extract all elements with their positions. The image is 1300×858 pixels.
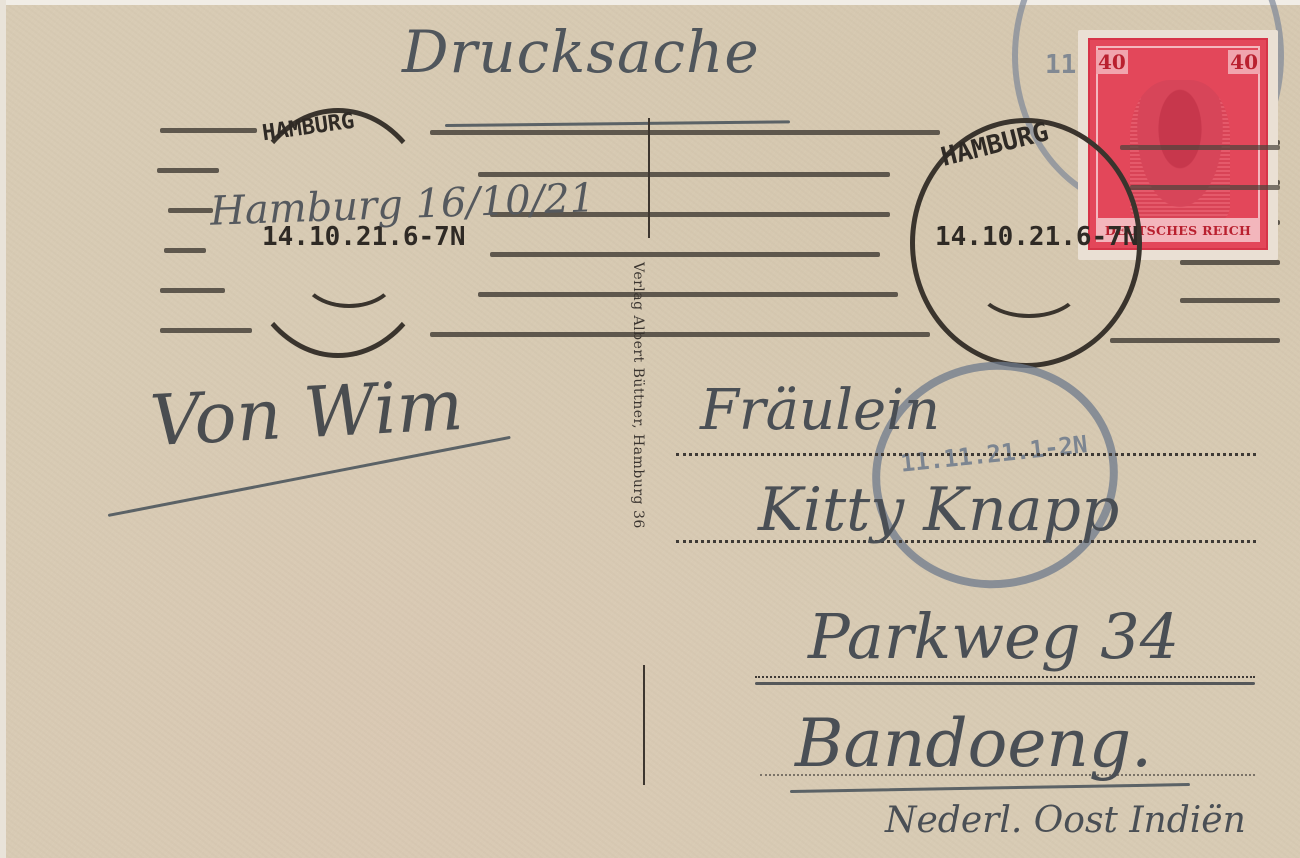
cancel-bar: [160, 328, 252, 333]
postmark-right-datetime: 14.10.21.6-7N: [935, 222, 1139, 252]
address-line-1: [676, 453, 1256, 456]
postcard: Drucksache Verlag Albert Büttner, Hambur…: [0, 0, 1300, 858]
address-line-3: [755, 676, 1255, 678]
stamp-value-right: 40: [1228, 50, 1260, 74]
header-note-drucksache: Drucksache: [402, 18, 760, 86]
address-line-3-ink: [755, 682, 1255, 685]
cancel-bar: [1180, 298, 1280, 303]
sender-signature: Von Wim: [148, 364, 465, 462]
header-note-underline: [445, 120, 790, 127]
stamp-value-left: 40: [1096, 50, 1128, 74]
cancel-bar: [157, 168, 219, 173]
recipient-salutation: Fräulein: [700, 378, 940, 443]
recipient-country: Nederl. Oost Indiën: [885, 800, 1246, 841]
cancel-bar: [1180, 260, 1280, 265]
postmark-right-inner-arc: [975, 250, 1083, 318]
cancel-bar-over-stamp: [1120, 145, 1280, 150]
cancel-bar-over-stamp: [1130, 185, 1280, 190]
cancel-bar: [160, 288, 225, 293]
recipient-street: Parkweg 34: [808, 600, 1179, 673]
cancel-bar: [1110, 338, 1280, 343]
cancel-bar: [160, 128, 257, 133]
city-underline: [790, 783, 1190, 793]
cancel-bar: [430, 332, 930, 337]
postmark-left-inner-arc: [300, 240, 398, 308]
cancel-bar: [168, 208, 213, 213]
publisher-imprint: Verlag Albert Büttner, Hamburg 36: [630, 262, 646, 529]
cancel-bar: [490, 252, 880, 257]
vertical-divider-top: [648, 118, 650, 238]
germania-figure-icon: [1130, 80, 1230, 220]
cancel-bar: [478, 292, 898, 297]
card-left-edge: [0, 0, 6, 858]
recipient-name: Kitty Knapp: [758, 475, 1119, 545]
recipient-city: Bandoeng.: [795, 705, 1152, 782]
cancel-bar: [430, 130, 940, 135]
vertical-divider-bottom: [643, 665, 645, 785]
cancel-bar: [164, 248, 206, 253]
